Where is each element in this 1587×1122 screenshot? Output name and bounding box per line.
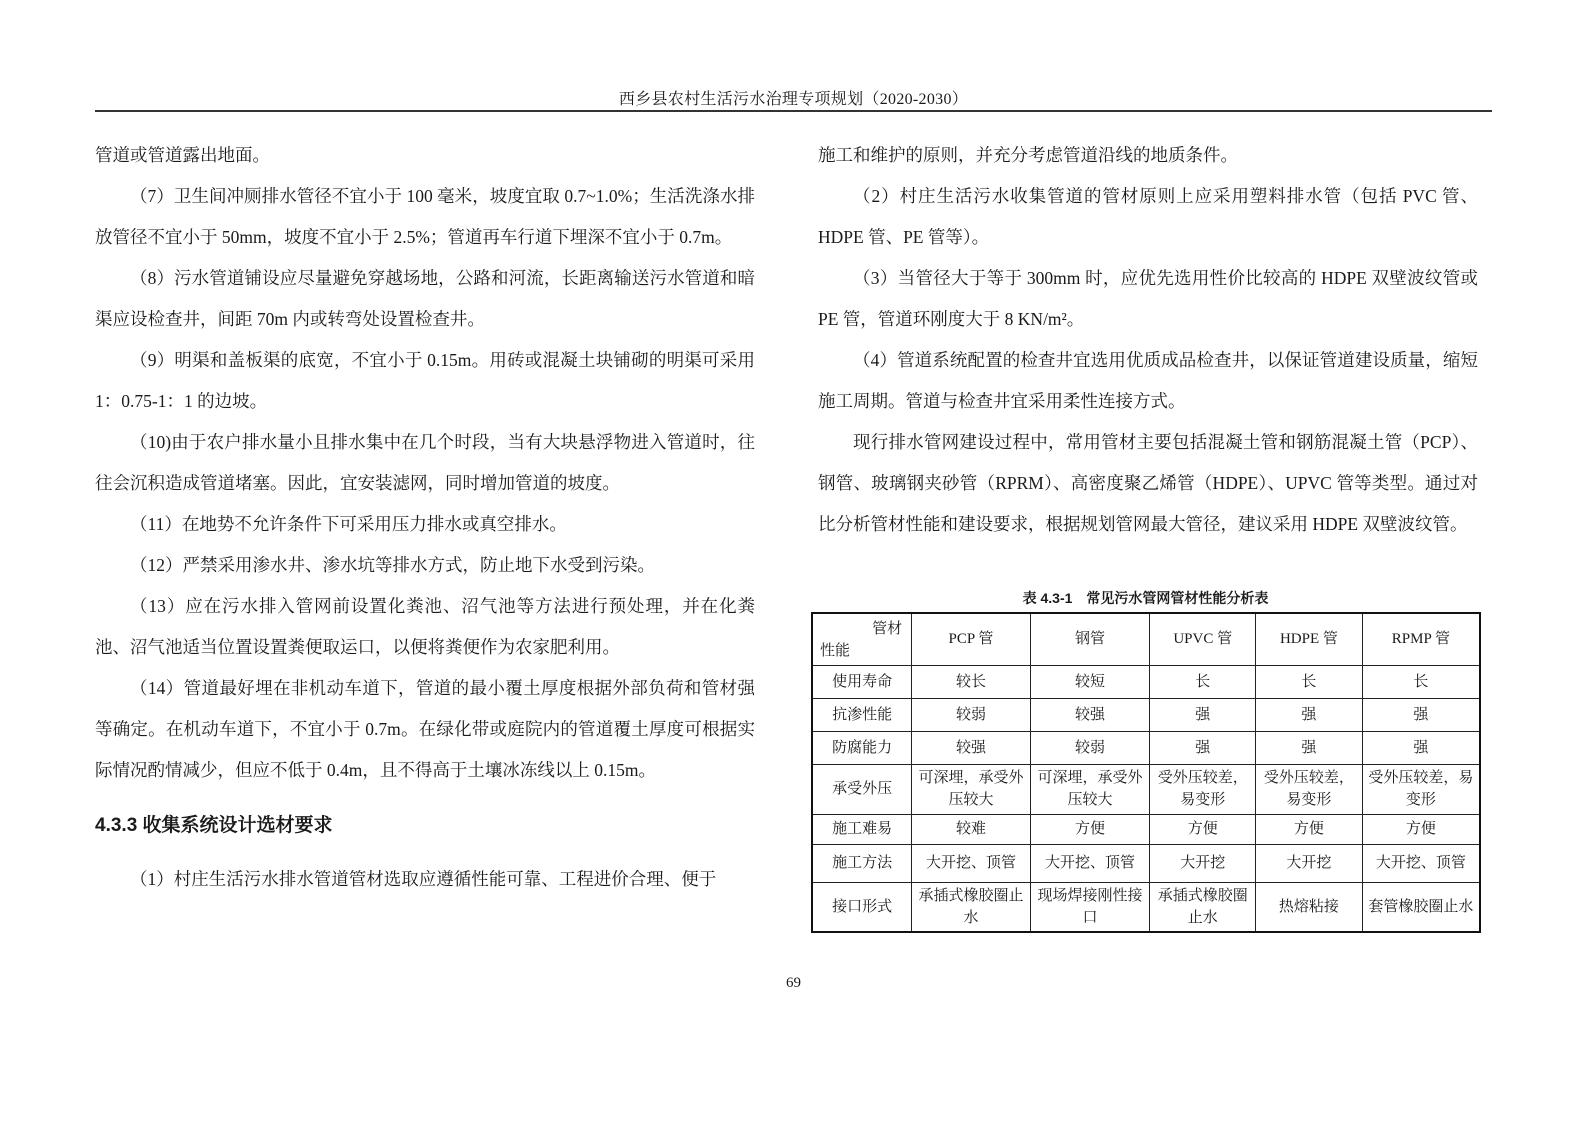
table-cell: 较强 xyxy=(1030,698,1150,731)
table-cell: 套管橡胶圈止水 xyxy=(1362,882,1480,932)
paragraph: （14）管道最好埋在非机动车道下，管道的最小覆土厚度根据外部负荷和管材强等确定。… xyxy=(95,668,755,791)
column-header: PCP 管 xyxy=(912,613,1031,665)
table-row: 施工难易 较难 方便 方便 方便 方便 xyxy=(812,814,1480,844)
table-cell: 可深埋，承受外压较大 xyxy=(1030,764,1150,814)
table-cell: 长 xyxy=(1256,665,1363,698)
table-header-row: 管材 性能 PCP 管 钢管 UPVC 管 HDPE 管 RPMP 管 xyxy=(812,613,1480,665)
table-cell: 方便 xyxy=(1030,814,1150,844)
column-header: UPVC 管 xyxy=(1150,613,1256,665)
corner-label-material: 管材 xyxy=(872,618,902,640)
paragraph: 施工和维护的原则，并充分考虑管道沿线的地质条件。 xyxy=(818,135,1478,176)
document-header-title: 西乡县农村生活污水治理专项规划（2020-2030） xyxy=(0,86,1587,109)
paragraph: （4）管道系统配置的检查井宜选用优质成品检查井，以保证管道建设质量，缩短施工周期… xyxy=(818,340,1478,422)
row-label: 抗渗性能 xyxy=(812,698,912,731)
paragraph: （1）村庄生活污水排水管道管材选取应遵循性能可靠、工程进价合理、便于 xyxy=(95,859,755,900)
corner-label-property: 性能 xyxy=(820,640,850,662)
table-cell: 较弱 xyxy=(1030,731,1150,764)
table-cell: 大开挖 xyxy=(1150,844,1256,882)
table-cell: 强 xyxy=(1150,731,1256,764)
table-row: 使用寿命 较长 较短 长 长 长 xyxy=(812,665,1480,698)
left-column: 管道或管道露出地面。 （7）卫生间冲厕排水管径不宜小于 100 毫米，坡度宜取 … xyxy=(95,135,755,900)
table-corner-cell: 管材 性能 xyxy=(812,613,912,665)
table-cell: 大开挖、顶管 xyxy=(1362,844,1480,882)
table-cell: 大开挖、顶管 xyxy=(1030,844,1150,882)
table-cell: 现场焊接刚性接口 xyxy=(1030,882,1150,932)
table-row: 接口形式 承插式橡胶圈止水 现场焊接刚性接口 承插式橡胶圈止水 热熔粘接 套管橡… xyxy=(812,882,1480,932)
paragraph: （11）在地势不允许条件下可采用压力排水或真空排水。 xyxy=(95,504,755,545)
table-cell: 方便 xyxy=(1256,814,1363,844)
section-heading: 4.3.3 收集系统设计选材要求 xyxy=(95,801,755,859)
table-cell: 承插式橡胶圈止水 xyxy=(1150,882,1256,932)
table-cell: 较难 xyxy=(912,814,1031,844)
table-cell: 承插式橡胶圈止水 xyxy=(912,882,1031,932)
paragraph: （8）污水管道铺设应尽量避免穿越场地，公路和河流，长距离输送污水管道和暗渠应设检… xyxy=(95,258,755,340)
paragraph: （12）严禁采用渗水井、渗水坑等排水方式，防止地下水受到污染。 xyxy=(95,545,755,586)
row-label: 承受外压 xyxy=(812,764,912,814)
table-cell: 热熔粘接 xyxy=(1256,882,1363,932)
table-cell: 长 xyxy=(1362,665,1480,698)
pipe-material-comparison-table: 管材 性能 PCP 管 钢管 UPVC 管 HDPE 管 RPMP 管 使用寿命… xyxy=(811,612,1481,933)
paragraph: （2）村庄生活污水收集管道的管材原则上应采用塑料排水管（包括 PVC 管、HDP… xyxy=(818,176,1478,258)
table-cell: 方便 xyxy=(1362,814,1480,844)
table-cell: 强 xyxy=(1256,731,1363,764)
table-row: 施工方法 大开挖、顶管 大开挖、顶管 大开挖 大开挖 大开挖、顶管 xyxy=(812,844,1480,882)
table-cell: 长 xyxy=(1150,665,1256,698)
table-cell: 受外压较差，易变形 xyxy=(1362,764,1480,814)
row-label: 使用寿命 xyxy=(812,665,912,698)
row-label: 防腐能力 xyxy=(812,731,912,764)
row-label: 施工难易 xyxy=(812,814,912,844)
paragraph: （3）当管径大于等于 300mm 时，应优先选用性价比较高的 HDPE 双壁波纹… xyxy=(818,258,1478,340)
paragraph: （7）卫生间冲厕排水管径不宜小于 100 毫米，坡度宜取 0.7~1.0%；生活… xyxy=(95,176,755,258)
table-cell: 较长 xyxy=(912,665,1031,698)
paragraph: （10)由于农户排水量小且排水集中在几个时段，当有大块悬浮物进入管道时，往往会沉… xyxy=(95,422,755,504)
column-header: HDPE 管 xyxy=(1256,613,1363,665)
table-cell: 方便 xyxy=(1150,814,1256,844)
right-column: 施工和维护的原则，并充分考虑管道沿线的地质条件。 （2）村庄生活污水收集管道的管… xyxy=(818,135,1478,545)
table-row: 承受外压 可深埋，承受外压较大 可深埋，承受外压较大 受外压较差，易变形 受外压… xyxy=(812,764,1480,814)
row-label: 接口形式 xyxy=(812,882,912,932)
paragraph: （13）应在污水排入管网前设置化粪池、沼气池等方法进行预处理，并在化粪池、沼气池… xyxy=(95,586,755,668)
table-cell: 可深埋，承受外压较大 xyxy=(912,764,1031,814)
column-header: 钢管 xyxy=(1030,613,1150,665)
paragraph: 管道或管道露出地面。 xyxy=(95,135,755,176)
table-cell: 强 xyxy=(1150,698,1256,731)
table-cell: 大开挖、顶管 xyxy=(912,844,1031,882)
paragraph: （9）明渠和盖板渠的底宽，不宜小于 0.15m。用砖或混凝土块铺砌的明渠可采用 … xyxy=(95,340,755,422)
table-cell: 受外压较差，易变形 xyxy=(1150,764,1256,814)
table-cell: 强 xyxy=(1256,698,1363,731)
table-cell: 较弱 xyxy=(912,698,1031,731)
paragraph: 现行排水管网建设过程中，常用管材主要包括混凝土管和钢筋混凝土管（PCP）、钢管、… xyxy=(818,422,1478,545)
table-cell: 较强 xyxy=(912,731,1031,764)
row-label: 施工方法 xyxy=(812,844,912,882)
table-cell: 受外压较差，易变形 xyxy=(1256,764,1363,814)
table-cell: 大开挖 xyxy=(1256,844,1363,882)
header-divider xyxy=(95,110,1492,112)
table-caption: 表 4.3-1 常见污水管网管材性能分析表 xyxy=(811,588,1480,608)
table-row: 抗渗性能 较弱 较强 强 强 强 xyxy=(812,698,1480,731)
page-number: 69 xyxy=(0,975,1587,992)
column-header: RPMP 管 xyxy=(1362,613,1480,665)
table-cell: 强 xyxy=(1362,731,1480,764)
table-cell: 较短 xyxy=(1030,665,1150,698)
table-row: 防腐能力 较强 较弱 强 强 强 xyxy=(812,731,1480,764)
table-cell: 强 xyxy=(1362,698,1480,731)
